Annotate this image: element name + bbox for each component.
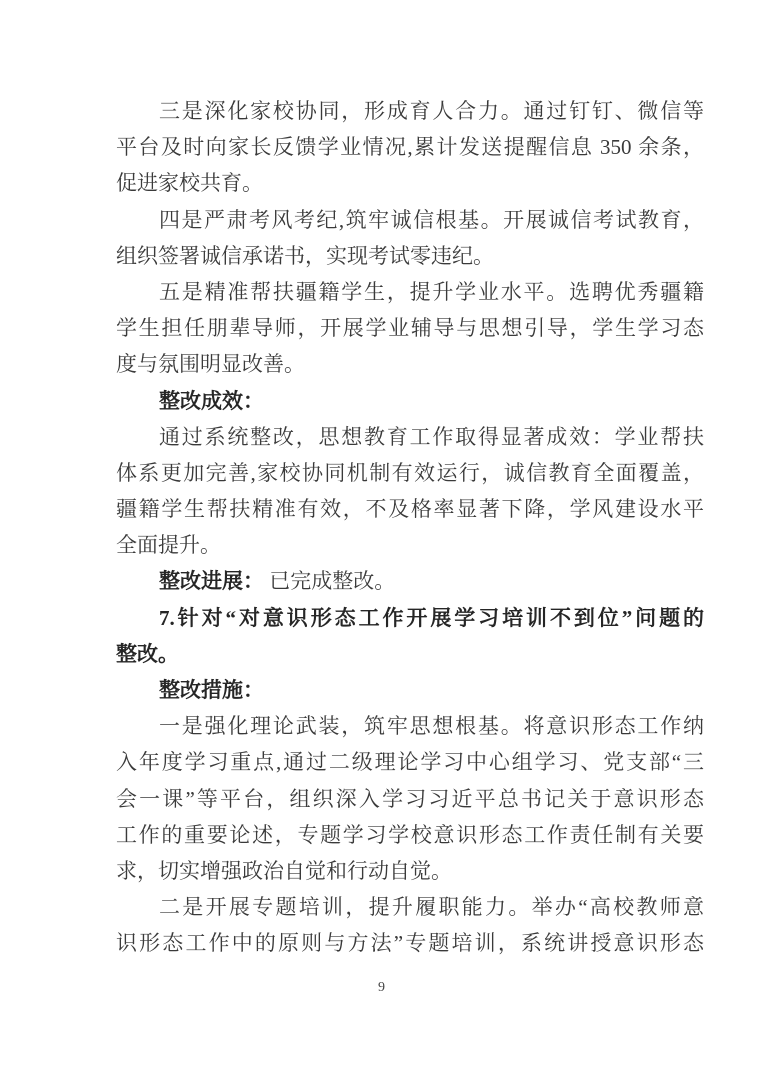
document-line: 一是强化理论武装，筑牢思想根基。将意识形态工作纳 bbox=[116, 708, 704, 744]
document-line: 组织签署诚信承诺书，实现考试零违纪。 bbox=[116, 238, 704, 274]
bold-text-segment: 7.针对“对意识形态工作开展学习培训不到位”问题的 bbox=[159, 606, 704, 630]
body-text-segment: 疆籍学生帮扶精准有效，不及格率显著下降，学风建设水平 bbox=[116, 497, 704, 521]
body-text-segment: 全面提升。 bbox=[116, 533, 221, 557]
body-text-segment: 体系更加完善,家校协同机制有效运行，诚信教育全面覆盖， bbox=[116, 461, 704, 485]
bold-text-segment: 整改措施： bbox=[159, 678, 264, 702]
document-line: 四是严肃考风考纪,筑牢诚信根基。开展诚信考试教育， bbox=[116, 202, 704, 238]
document-line: 整改成效： bbox=[116, 383, 704, 419]
bold-text-segment: 整改。 bbox=[116, 642, 179, 666]
body-text-segment: 度与氛围明显改善。 bbox=[116, 352, 305, 376]
document-line: 平台及时向家长反馈学业情况,累计发送提醒信息 350 余条， bbox=[116, 129, 704, 165]
body-text-segment: 平台及时向家长反馈学业情况,累计发送提醒信息 350 余条， bbox=[116, 135, 704, 159]
body-text-segment: 求，切实增强政治自觉和行动自觉。 bbox=[116, 859, 452, 883]
bold-text-segment: 整改进展： bbox=[159, 569, 264, 593]
document-line: 工作的重要论述，专题学习学校意识形态工作责任制有关要 bbox=[116, 817, 704, 853]
body-text-segment: 促进家校共育。 bbox=[116, 171, 263, 195]
body-text-segment: 识形态工作中的原则与方法”专题培训，系统讲授意识形态 bbox=[116, 931, 704, 955]
document-line: 整改措施： bbox=[116, 672, 704, 708]
document-line: 求，切实增强政治自觉和行动自觉。 bbox=[116, 853, 704, 889]
body-text-segment: 已完成整改。 bbox=[264, 569, 395, 593]
document-line: 会一课”等平台，组织深入学习习近平总书记关于意识形态 bbox=[116, 781, 704, 817]
document-line: 全面提升。 bbox=[116, 527, 704, 563]
document-line: 入年度学习重点,通过二级理论学习中心组学习、党支部“三 bbox=[116, 744, 704, 780]
bold-text-segment: 整改成效： bbox=[159, 389, 264, 413]
document-page: 三是深化家校协同，形成育人合力。通过钉钉、微信等平台及时向家长反馈学业情况,累计… bbox=[0, 0, 763, 1080]
document-line: 识形态工作中的原则与方法”专题培训，系统讲授意识形态 bbox=[116, 925, 704, 961]
body-text-segment: 三是深化家校协同，形成育人合力。通过钉钉、微信等 bbox=[159, 99, 704, 123]
document-line: 促进家校共育。 bbox=[116, 165, 704, 201]
body-text-segment: 二是开展专题培训，提升履职能力。举办“高校教师意 bbox=[159, 895, 704, 919]
body-text-segment: 一是强化理论武装，筑牢思想根基。将意识形态工作纳 bbox=[159, 714, 704, 738]
body-text-segment: 入年度学习重点,通过二级理论学习中心组学习、党支部“三 bbox=[116, 750, 704, 774]
document-line: 五是精准帮扶疆籍学生，提升学业水平。选聘优秀疆籍 bbox=[116, 274, 704, 310]
document-line: 疆籍学生帮扶精准有效，不及格率显著下降，学风建设水平 bbox=[116, 491, 704, 527]
body-text-segment: 通过系统整改，思想教育工作取得显著成效：学业帮扶 bbox=[159, 425, 704, 449]
page-number: 9 bbox=[0, 978, 763, 998]
document-line: 整改进展： 已完成整改。 bbox=[116, 563, 704, 599]
body-text-segment: 会一课”等平台，组织深入学习习近平总书记关于意识形态 bbox=[116, 787, 704, 811]
body-text-segment: 五是精准帮扶疆籍学生，提升学业水平。选聘优秀疆籍 bbox=[159, 280, 704, 304]
document-line: 7.针对“对意识形态工作开展学习培训不到位”问题的 bbox=[116, 600, 704, 636]
body-text-segment: 组织签署诚信承诺书，实现考试零违纪。 bbox=[116, 244, 494, 268]
document-line: 通过系统整改，思想教育工作取得显著成效：学业帮扶 bbox=[116, 419, 704, 455]
body-text-segment: 四是严肃考风考纪,筑牢诚信根基。开展诚信考试教育， bbox=[159, 208, 704, 232]
document-line: 学生担任朋辈导师，开展学业辅导与思想引导，学生学习态 bbox=[116, 310, 704, 346]
document-line: 度与氛围明显改善。 bbox=[116, 346, 704, 382]
body-text-segment: 学生担任朋辈导师，开展学业辅导与思想引导，学生学习态 bbox=[116, 316, 704, 340]
document-line: 体系更加完善,家校协同机制有效运行，诚信教育全面覆盖， bbox=[116, 455, 704, 491]
document-line: 三是深化家校协同，形成育人合力。通过钉钉、微信等 bbox=[116, 93, 704, 129]
document-body: 三是深化家校协同，形成育人合力。通过钉钉、微信等平台及时向家长反馈学业情况,累计… bbox=[116, 93, 704, 962]
document-line: 二是开展专题培训，提升履职能力。举办“高校教师意 bbox=[116, 889, 704, 925]
body-text-segment: 工作的重要论述，专题学习学校意识形态工作责任制有关要 bbox=[116, 823, 704, 847]
document-line: 整改。 bbox=[116, 636, 704, 672]
